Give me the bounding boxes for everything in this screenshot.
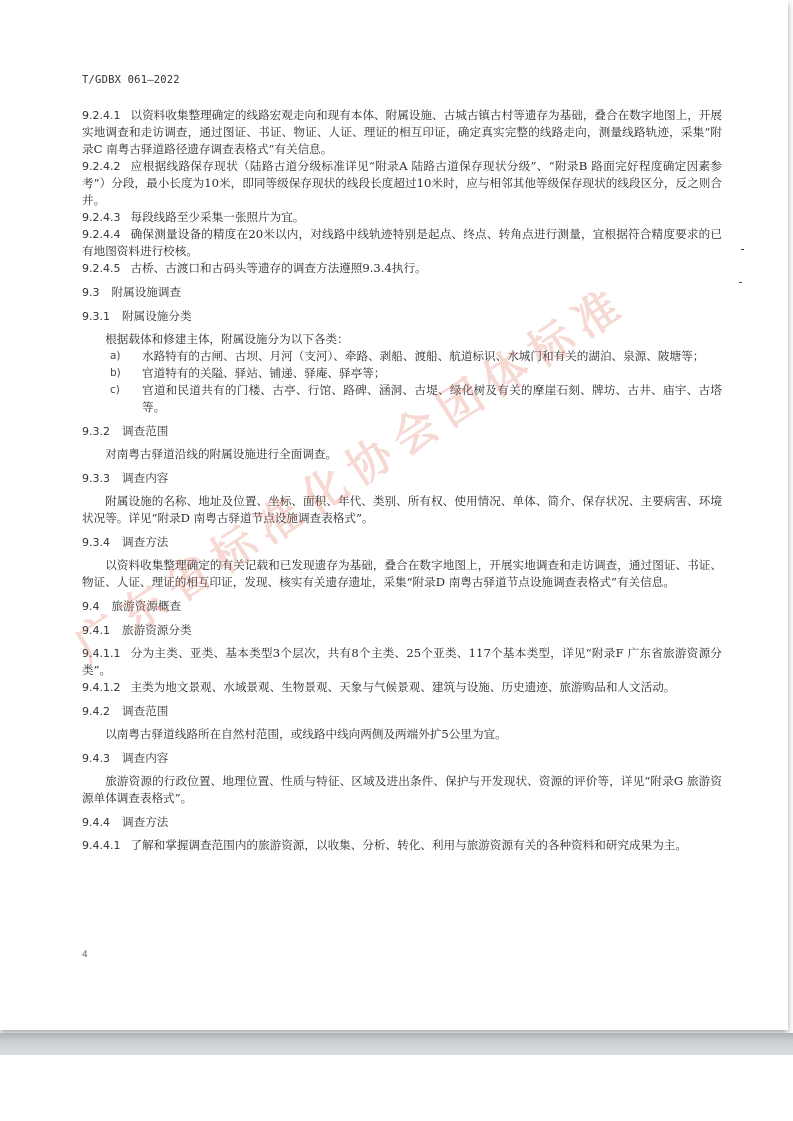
section-heading-9-4-4: 9.4.4调查方法 bbox=[82, 814, 722, 831]
document-body: 9.2.4.1以资料收集整理确定的线路宏观走向和现有本体、附属设施、古城古镇古村… bbox=[82, 107, 722, 854]
clause-9-2-4-4: 9.2.4.4确保测量设备的精度在20米以内，对线路中线轨迹特别是起点、终点、转… bbox=[82, 226, 722, 260]
section-heading-9-3-1: 9.3.1附属设施分类 bbox=[82, 308, 722, 325]
section-heading-9-3-3: 9.3.3调查内容 bbox=[82, 470, 722, 487]
list-item: b)官道特有的关隘、驿站、铺递、驿庵、驿亭等； bbox=[110, 365, 722, 382]
list-item: c)官道和民道共有的门楼、古亭、行馆、路碑、涵洞、古堤、绿化树及有关的摩崖石刻、… bbox=[110, 382, 722, 416]
section-heading-9-3-4: 9.3.4调查方法 bbox=[82, 534, 722, 551]
paragraph-9-4-2: 以南粤古驿道线路所在自然村范围，或线路中线向两侧及两端外扩5公里为宜。 bbox=[82, 726, 722, 743]
clause-9-4-1-1: 9.4.1.1分为主类、亚类、基本类型3个层次，共有8个主类、25个亚类、117… bbox=[82, 645, 722, 679]
paragraph-9-3-3: 附属设施的名称、地址及位置、坐标、面积、年代、类别、所有权、使用情况、单体、简介… bbox=[82, 493, 722, 527]
clause-9-2-4-1: 9.2.4.1以资料收集整理确定的线路宏观走向和现有本体、附属设施、古城古镇古村… bbox=[82, 107, 722, 158]
clause-9-4-1-2: 9.4.1.2主类为地文景观、水域景观、生物景观、天象与气候景观、建筑与设施、历… bbox=[82, 679, 722, 696]
page-number: 4 bbox=[82, 950, 88, 960]
paragraph-9-3-4: 以资料收集整理确定的有关记载和已发现遗存为基础，叠合在数字地图上，开展实地调查和… bbox=[82, 557, 722, 591]
section-heading-9-4: 9.4旅游资源概查 bbox=[82, 598, 722, 615]
section-heading-9-4-1: 9.4.1旅游资源分类 bbox=[82, 622, 722, 639]
clause-9-2-4-2: 9.2.4.2应根据线路保存现状（陆路古道分级标准详见“附录A 陆路古道保存现状… bbox=[82, 158, 722, 209]
paragraph-9-3-2: 对南粤古驿道沿线的附属设施进行全面调查。 bbox=[82, 446, 722, 463]
list-item: a)水路特有的古闸、古坝、月河（支河）、牵路、剥船、渡船、航道标识、水城门和有关… bbox=[110, 348, 722, 365]
clause-9-4-4-1: 9.4.4.1了解和掌握调查范围内的旅游资源，以收集、分析、转化、利用与旅游资源… bbox=[82, 837, 722, 854]
paragraph-9-4-3: 旅游资源的行政位置、地理位置、性质与特征、区域及进出条件、保护与开发现状、资源的… bbox=[82, 773, 722, 807]
document-code: T/GDBX 061—2022 bbox=[82, 74, 180, 86]
facility-category-list: a)水路特有的古闸、古坝、月河（支河）、牵路、剥船、渡船、航道标识、水城门和有关… bbox=[82, 348, 722, 416]
clause-9-2-4-5: 9.2.4.5古桥、古渡口和古码头等遗存的调查方法遵照9.3.4执行。 bbox=[82, 260, 722, 277]
section-heading-9-3: 9.3附属设施调查 bbox=[82, 284, 722, 301]
viewer-gutter bbox=[0, 1033, 793, 1055]
section-heading-9-3-2: 9.3.2调查范围 bbox=[82, 423, 722, 440]
document-page: T/GDBX 061—2022 9.2.4.1以资料收集整理确定的线路宏观走向和… bbox=[0, 0, 788, 1030]
clause-9-2-4-3: 9.2.4.3每段线路至少采集一张照片为宜。 bbox=[82, 209, 722, 226]
scan-speck bbox=[741, 249, 744, 250]
section-heading-9-4-2: 9.4.2调查范围 bbox=[82, 703, 722, 720]
paragraph-9-3-1-intro: 根据载体和修建主体，附属设施分为以下各类： bbox=[82, 331, 722, 348]
scan-speck bbox=[739, 282, 742, 283]
section-heading-9-4-3: 9.4.3调查内容 bbox=[82, 750, 722, 767]
